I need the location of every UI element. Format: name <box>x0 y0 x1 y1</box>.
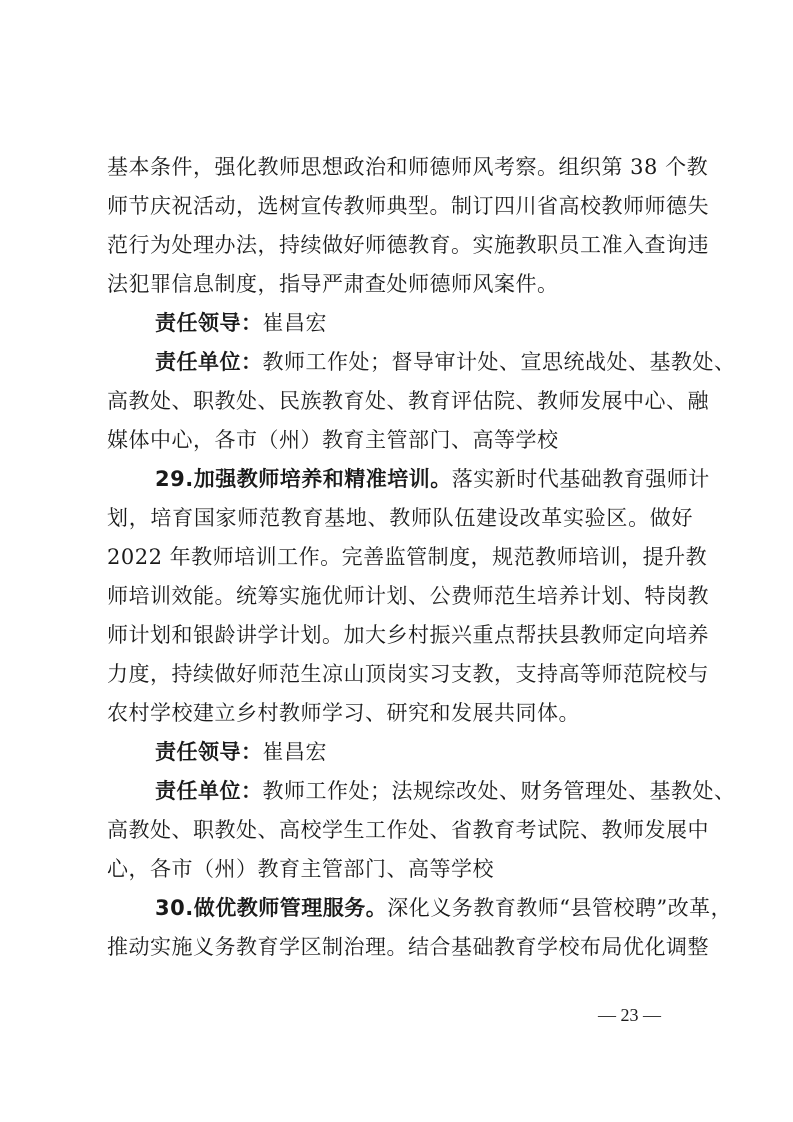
responsible-units-value: 教师工作处；法规综改处、财务管理处、基教处、 <box>263 779 736 803</box>
item-30-heading-line: 30.做优教师管理服务。深化义务教育教师“县管校聘”改革， <box>107 889 693 928</box>
responsible-leader-line: 责任领导：崔昌宏 <box>107 733 693 772</box>
body-line: 心，各市（州）教育主管部门、高等学校 <box>107 850 693 889</box>
body-line: 推动实施义务教育学区制治理。结合基础教育学校布局优化调整 <box>107 928 693 967</box>
body-line: 媒体中心，各市（州）教育主管部门、高等学校 <box>107 421 693 460</box>
body-line: 2022 年教师培训工作。完善监管制度，规范教师培训，提升教 <box>107 538 693 577</box>
item-29-heading: 29.加强教师培养和精准培训。 <box>155 467 452 491</box>
responsible-units-label: 责任单位： <box>155 779 263 803</box>
responsible-leader-label: 责任领导： <box>155 311 263 335</box>
item-29-heading-line: 29.加强教师培养和精准培训。落实新时代基础教育强师计 <box>107 460 693 499</box>
responsible-units-line: 责任单位：教师工作处；督导审计处、宣思统战处、基教处、 <box>107 343 693 382</box>
body-line: 法犯罪信息制度，指导严肃查处师德师风案件。 <box>107 265 693 304</box>
body-line: 高教处、职教处、民族教育处、教育评估院、教师发展中心、融 <box>107 382 693 421</box>
body-line: 师节庆祝活动，选树宣传教师典型。制订四川省高校教师师德失 <box>107 187 693 226</box>
body-line: 力度，持续做好师范生凉山顶岗实习支教，支持高等师范院校与 <box>107 655 693 694</box>
body-line: 师计划和银龄讲学计划。加大乡村振兴重点帮扶县教师定向培养 <box>107 616 693 655</box>
responsible-leader-label: 责任领导： <box>155 740 263 764</box>
body-line: 划，培育国家师范教育基地、教师队伍建设改革实验区。做好 <box>107 499 693 538</box>
body-line: 农村学校建立乡村教师学习、研究和发展共同体。 <box>107 694 693 733</box>
document-body: 基本条件，强化教师思想政治和师德师风考察。组织第 38 个教 师节庆祝活动，选树… <box>107 148 693 967</box>
body-line: 高教处、职教处、高校学生工作处、省教育考试院、教师发展中 <box>107 811 693 850</box>
responsible-leader-line: 责任领导：崔昌宏 <box>107 304 693 343</box>
responsible-units-value: 教师工作处；督导审计处、宣思统战处、基教处、 <box>263 350 736 374</box>
responsible-units-line: 责任单位：教师工作处；法规综改处、财务管理处、基教处、 <box>107 772 693 811</box>
body-line: 师培训效能。统筹实施优师计划、公费师范生培养计划、特岗教 <box>107 577 693 616</box>
responsible-units-label: 责任单位： <box>155 350 263 374</box>
body-line: 范行为处理办法，持续做好师德教育。实施教职员工准入查询违 <box>107 226 693 265</box>
page-number: — 23 — <box>598 1003 661 1027</box>
item-30-heading: 30.做优教师管理服务。 <box>155 896 387 920</box>
responsible-leader-value: 崔昌宏 <box>263 740 328 764</box>
item-29-text: 落实新时代基础教育强师计 <box>452 467 710 491</box>
responsible-leader-value: 崔昌宏 <box>263 311 328 335</box>
body-line: 基本条件，强化教师思想政治和师德师风考察。组织第 38 个教 <box>107 148 693 187</box>
item-30-text: 深化义务教育教师“县管校聘”改革， <box>387 896 732 920</box>
